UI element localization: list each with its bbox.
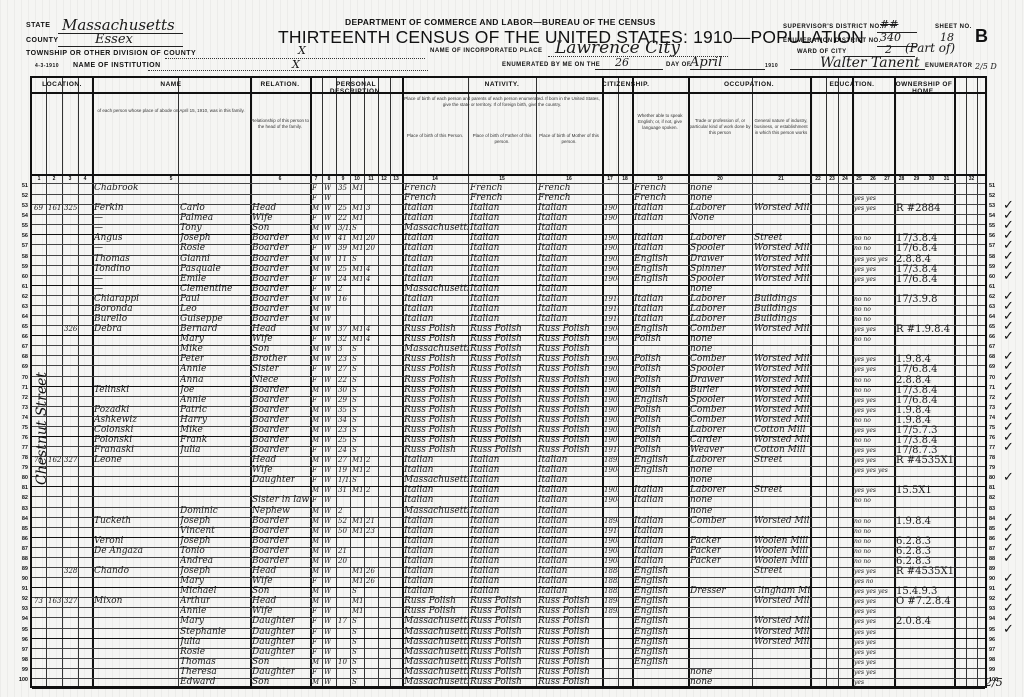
column-number: 5 bbox=[92, 176, 250, 182]
ward-note: (Part of) bbox=[905, 41, 955, 55]
line-number: 88 bbox=[989, 556, 1003, 562]
line-number: 67 bbox=[12, 344, 28, 350]
line-number: 87 bbox=[989, 546, 1003, 552]
table-row: DominicNephewMW2MassachusettsItalianItal… bbox=[32, 507, 989, 517]
column-number: 17 bbox=[602, 176, 618, 182]
line-number: 78 bbox=[989, 455, 1003, 461]
department-heading: DEPARTMENT OF COMMERCE AND LABOR—BUREAU … bbox=[345, 17, 656, 27]
cell-trade: none bbox=[690, 677, 712, 688]
column-group-ownership-of-home: OWNERSHIP OF HOME. bbox=[894, 81, 954, 95]
cell-yrs: 3 bbox=[366, 203, 370, 214]
cell-house: 328 bbox=[64, 566, 77, 577]
column-number: 2 bbox=[46, 176, 62, 182]
enumerator-name: Walter Tanent bbox=[820, 55, 920, 71]
column-group-occupation: OCCUPATION. bbox=[688, 81, 810, 88]
cell-industry: Worsted Mill bbox=[754, 637, 810, 648]
column-number: 11 bbox=[364, 176, 378, 182]
table-row: AndreaBoarderMW20ItalianItalianItalian19… bbox=[32, 557, 989, 567]
table-row: VeroniJosephBoarderMWItalianItalianItali… bbox=[32, 537, 989, 547]
cell-bpm: Russ Polish bbox=[538, 677, 590, 688]
column-note-industry: General nature of industry, business, or… bbox=[752, 118, 810, 136]
line-number: 63 bbox=[989, 304, 1003, 310]
line-number: 90 bbox=[989, 576, 1003, 582]
column-number: 9 bbox=[336, 176, 350, 182]
cell-yrs: 4 bbox=[366, 334, 370, 345]
cell-house: 327 bbox=[64, 455, 77, 466]
line-number: 92 bbox=[12, 596, 28, 602]
column-number: 32 bbox=[954, 176, 989, 182]
line-number: 61 bbox=[989, 284, 1003, 290]
column-number: 25 bbox=[852, 176, 866, 182]
column-number: 29 bbox=[909, 176, 924, 182]
line-number: 62 bbox=[989, 294, 1003, 300]
table-row: DaughterFW1/12SMassachusettsItalianItali… bbox=[32, 476, 989, 486]
line-number: 93 bbox=[989, 606, 1003, 612]
check-mark-icon: ✓ bbox=[1003, 329, 1014, 344]
line-number: 91 bbox=[989, 586, 1003, 592]
table-row: AngusJosephBoarderMW41M120ItalianItalian… bbox=[32, 234, 989, 244]
line-number: 53 bbox=[989, 203, 1003, 209]
column-group-name: NAME bbox=[92, 81, 250, 88]
cell-industry: Worsted Mill bbox=[754, 516, 810, 527]
line-number: 58 bbox=[12, 254, 28, 260]
cell-edu: yes yes bbox=[854, 274, 876, 285]
cell-bp: Massachusetts bbox=[404, 677, 468, 688]
township-label: Township or other division of county bbox=[26, 50, 196, 57]
table-row: —ClementineBoarderFW2MassachusettsItalia… bbox=[32, 285, 989, 295]
line-number: 100 bbox=[12, 677, 28, 683]
line-number: 86 bbox=[12, 536, 28, 542]
cell-industry: Worsted Mill bbox=[754, 274, 810, 285]
table-row: ChiarappiPaulBoarderMW16ItalianItalianIt… bbox=[32, 295, 989, 305]
cell-yrs: 4 bbox=[366, 274, 370, 285]
line-number: 75 bbox=[12, 425, 28, 431]
line-number: 52 bbox=[989, 193, 1003, 199]
sheet-label: Sheet No. bbox=[935, 24, 972, 30]
cell-industry: Worsted Mill bbox=[754, 324, 810, 335]
line-number: 76 bbox=[989, 435, 1003, 441]
cell-house: 327 bbox=[64, 596, 77, 607]
line-number: 69 bbox=[989, 364, 1003, 370]
cell-surname: Leone bbox=[94, 455, 122, 466]
line-number: 99 bbox=[12, 667, 28, 673]
incorporated-place-label: Name of incorporated place bbox=[430, 48, 543, 54]
line-number: 83 bbox=[989, 506, 1003, 512]
line-number: 58 bbox=[989, 254, 1003, 260]
cell-lang: Italian bbox=[634, 495, 663, 506]
column-note-birth-father: Place of birth of Father of this person. bbox=[468, 133, 536, 145]
cell-lang: Polish bbox=[634, 334, 661, 345]
county-label: County bbox=[26, 37, 59, 44]
line-number: 56 bbox=[12, 233, 28, 239]
cell-yrs: 26 bbox=[366, 576, 375, 587]
line-number: 96 bbox=[989, 637, 1003, 643]
column-group-personal-description: PERSONAL DESCRIPTION. bbox=[310, 81, 402, 95]
cell-imm: 1906 bbox=[604, 274, 618, 285]
column-number: 18 bbox=[618, 176, 632, 182]
line-number: 74 bbox=[989, 415, 1003, 421]
cell-yrs: 23 bbox=[366, 526, 375, 537]
line-number: 70 bbox=[989, 375, 1003, 381]
line-number: 89 bbox=[12, 566, 28, 572]
cell-trade: Comber bbox=[690, 516, 726, 527]
line-number: 97 bbox=[12, 647, 28, 653]
line-number: 56 bbox=[989, 233, 1003, 239]
line-number: 86 bbox=[989, 536, 1003, 542]
cell-imm: 1907 bbox=[604, 213, 618, 224]
cell-surname: Debra bbox=[94, 324, 122, 335]
table-row: TondinoPasqualeBoarderMW25M14ItalianItal… bbox=[32, 265, 989, 275]
check-mark-icon: ✓ bbox=[1003, 470, 1014, 485]
line-number: 60 bbox=[12, 274, 28, 280]
column-number: 23 bbox=[826, 176, 838, 182]
cell-own: 2.0.8.4 bbox=[896, 616, 931, 627]
line-number: 66 bbox=[12, 334, 28, 340]
line-number: 52 bbox=[12, 193, 28, 199]
table-row: MW31M12ItalianItalianItalian1902ItalianL… bbox=[32, 486, 989, 496]
cell-house: 326 bbox=[64, 324, 77, 335]
cell-own: O #7.2.8.4 bbox=[896, 596, 951, 607]
table-row: EdwardSonMWSMassachusettsRuss PolishRuss… bbox=[32, 678, 989, 688]
day-of-label: day of bbox=[666, 62, 691, 68]
cell-own: 15.5X1 bbox=[896, 485, 932, 496]
cell-age: 16 bbox=[338, 294, 347, 305]
sheet-side: B bbox=[975, 26, 988, 47]
county-value: Essex bbox=[95, 32, 133, 47]
cell-yrs: 2 bbox=[366, 465, 370, 476]
column-note-birth-mother: Place of birth of Mother of this person. bbox=[536, 133, 602, 145]
cell-marital: S bbox=[352, 677, 357, 688]
table-row: —RosieBoarderFW39M120ItalianItalianItali… bbox=[32, 244, 989, 254]
cell-own: 17/3.9.8 bbox=[896, 294, 938, 305]
table-row: VincentBoarderMW50M123ItalianItalianItal… bbox=[32, 527, 989, 537]
line-number: 69 bbox=[12, 364, 28, 370]
cell-industry: Street bbox=[754, 485, 782, 496]
line-number: 81 bbox=[989, 485, 1003, 491]
column-group-nativity: NATIVITY. bbox=[402, 81, 602, 88]
cell-own: R #2884 bbox=[896, 203, 941, 214]
line-number: 98 bbox=[12, 657, 28, 663]
column-number: 22 bbox=[810, 176, 826, 182]
line-number: 80 bbox=[12, 475, 28, 481]
column-group-citizenship: CITIZENSHIP. bbox=[602, 81, 632, 88]
line-number: 72 bbox=[12, 395, 28, 401]
line-number: 62 bbox=[12, 294, 28, 300]
column-note-name: of each person whose place of abode on A… bbox=[92, 108, 250, 114]
cell-family: 163 bbox=[48, 596, 61, 607]
enumerated-month: April bbox=[690, 55, 722, 70]
enumeration-district-label: Enumeration District No. bbox=[783, 38, 881, 44]
cell-lang: English bbox=[634, 274, 668, 285]
cell-own: 17/6.8.4 bbox=[896, 274, 938, 285]
line-number: 81 bbox=[12, 485, 28, 491]
column-note-relation: Relationship of this person to the head … bbox=[250, 118, 310, 130]
table-row: —TonySonMW3/12SMassachusettsItalianItali… bbox=[32, 224, 989, 234]
table-row: TuckethJosephBoarderMW52M121ItalianItali… bbox=[32, 517, 989, 527]
cell-lang: English bbox=[634, 465, 668, 476]
cell-industry: Worsted Mill bbox=[754, 203, 810, 214]
line-number: 95 bbox=[989, 627, 1003, 633]
line-number: 57 bbox=[12, 243, 28, 249]
line-number: 79 bbox=[989, 465, 1003, 471]
cell-own: 1.9.8.4 bbox=[896, 516, 931, 527]
cell-age: 20 bbox=[338, 556, 347, 567]
check-mark-icon: ✓ bbox=[1003, 622, 1014, 637]
cell-edu: yes yes yes bbox=[854, 465, 888, 476]
cell-given: Edward bbox=[180, 677, 215, 688]
line-number: 64 bbox=[12, 314, 28, 320]
table-row: 328ChandoJosephHeadMWM126ItalianItalianI… bbox=[32, 567, 989, 577]
column-number: 28 bbox=[894, 176, 909, 182]
column-number: 7 bbox=[310, 176, 322, 182]
line-number: 68 bbox=[12, 354, 28, 360]
check-mark-icon: ✓ bbox=[1003, 551, 1014, 566]
table-row: BorondaLeoBoarderMWItalianItalianItalian… bbox=[32, 305, 989, 315]
line-number: 94 bbox=[12, 616, 28, 622]
column-number: 8 bbox=[322, 176, 336, 182]
line-number: 70 bbox=[12, 375, 28, 381]
line-number: 51 bbox=[12, 183, 28, 189]
line-number: 89 bbox=[989, 566, 1003, 572]
table-row: FWFrenchFrenchFrenchFrenchnoneyes yes bbox=[32, 194, 989, 204]
table-row: ThomasGianniBoarderMW11SItalianItalianIt… bbox=[32, 255, 989, 265]
cell-family: 161 bbox=[48, 203, 61, 214]
cell-yrs: 20 bbox=[366, 243, 375, 254]
column-number: 21 bbox=[752, 176, 810, 182]
line-number: 59 bbox=[989, 264, 1003, 270]
table-row: 69161325FerkinCarloHeadMW25M13ItalianIta… bbox=[32, 204, 989, 214]
column-number: 13 bbox=[390, 176, 402, 182]
cell-given: Julia bbox=[180, 445, 201, 456]
column-note-birth-person: Place of birth of this Person. bbox=[402, 133, 468, 139]
enumerated-label: Enumerated by me on the bbox=[502, 62, 600, 68]
column-number: 6 bbox=[250, 176, 310, 182]
column-number: 27 bbox=[880, 176, 894, 182]
cell-trade: None bbox=[690, 213, 714, 224]
cell-age: 17 bbox=[338, 616, 347, 627]
cell-marital: M1 bbox=[352, 526, 364, 537]
column-group-relation: RELATION. bbox=[250, 81, 310, 88]
cell-marital: M1 bbox=[352, 183, 364, 194]
cell-lang: English bbox=[634, 657, 668, 668]
column-number: 19 bbox=[632, 176, 688, 182]
line-number: 85 bbox=[12, 526, 28, 532]
column-group-location: LOCATION. bbox=[32, 81, 92, 88]
enumerated-day: 26 bbox=[615, 56, 629, 69]
cell-age: 50 bbox=[338, 526, 347, 537]
line-number: 76 bbox=[12, 435, 28, 441]
line-number: 74 bbox=[12, 415, 28, 421]
cell-race: W bbox=[324, 677, 331, 688]
line-number: 82 bbox=[989, 495, 1003, 501]
line-number: 79 bbox=[12, 465, 28, 471]
line-number: 91 bbox=[12, 586, 28, 592]
census-table: LOCATION.NAMERELATION.PERSONAL DESCRIPTI… bbox=[30, 76, 987, 688]
line-number: 90 bbox=[12, 576, 28, 582]
cell-imm: 1906 bbox=[604, 334, 618, 345]
line-number: 65 bbox=[12, 324, 28, 330]
column-number: 20 bbox=[688, 176, 752, 182]
supervisor-label: Supervisor's District No. bbox=[783, 24, 882, 30]
line-number: 68 bbox=[989, 354, 1003, 360]
cell-own: R #4535X1 bbox=[896, 566, 954, 577]
line-number: 87 bbox=[12, 546, 28, 552]
column-number: 1 bbox=[32, 176, 46, 182]
cell-edu: yes yes bbox=[854, 203, 876, 214]
supervisor-value: ## bbox=[880, 18, 898, 31]
line-number: 93 bbox=[12, 606, 28, 612]
cell-surname: Tucketh bbox=[94, 516, 131, 527]
line-number: 78 bbox=[12, 455, 28, 461]
column-number: 14 bbox=[402, 176, 468, 182]
enumerator-note: 2/5 D bbox=[975, 62, 997, 71]
column-group-education: EDUCATION. bbox=[810, 81, 894, 88]
cell-imm: 1900 bbox=[604, 465, 618, 476]
column-number: 15 bbox=[468, 176, 536, 182]
cell-trade: Dresser bbox=[690, 586, 726, 597]
column-note-trade: Trade or profession of, or particular ki… bbox=[688, 118, 752, 136]
cell-yrs: 2 bbox=[366, 485, 370, 496]
cell-imm: 1904 bbox=[604, 495, 618, 506]
table-row: —EmileBoarderFW24M14ItalianItalianItalia… bbox=[32, 275, 989, 285]
cell-relation: Son bbox=[252, 677, 269, 688]
cell-sex: M bbox=[312, 677, 319, 688]
footer-note: 2/5 bbox=[985, 676, 1003, 689]
table-row: MaryWifeFWM126ItalianItalianItalian1885E… bbox=[32, 577, 989, 587]
cell-surname: Telinski bbox=[94, 385, 129, 396]
table-row: FranaskiJuliaBoarderFW24SRuss PolishRuss… bbox=[32, 446, 989, 456]
form-code: 4-3-1910 bbox=[35, 63, 59, 69]
column-number: 16 bbox=[536, 176, 602, 182]
line-number: 94 bbox=[989, 616, 1003, 622]
line-number: 60 bbox=[989, 274, 1003, 280]
line-number: 54 bbox=[989, 213, 1003, 219]
line-number: 57 bbox=[989, 243, 1003, 249]
column-number: 12 bbox=[378, 176, 390, 182]
table-row: ChabrookFW35M1FrenchFrenchFrenchFrenchno… bbox=[32, 184, 989, 194]
line-number: 96 bbox=[12, 637, 28, 643]
line-number: 85 bbox=[989, 526, 1003, 532]
year: 1910 bbox=[765, 63, 778, 69]
line-number: 83 bbox=[12, 506, 28, 512]
line-number: 99 bbox=[989, 667, 1003, 673]
column-number: 3 bbox=[62, 176, 78, 182]
cell-house: 325 bbox=[64, 203, 77, 214]
line-number: 82 bbox=[12, 495, 28, 501]
line-number: 64 bbox=[989, 314, 1003, 320]
column-number: 10 bbox=[350, 176, 364, 182]
line-number: 77 bbox=[989, 445, 1003, 451]
line-number: 84 bbox=[989, 516, 1003, 522]
line-number: 66 bbox=[989, 334, 1003, 340]
line-number: 73 bbox=[989, 405, 1003, 411]
cell-bpf: Russ Polish bbox=[470, 677, 522, 688]
line-number: 51 bbox=[989, 183, 1003, 189]
cell-own: R #1.9.8.4 bbox=[896, 324, 950, 335]
line-number: 71 bbox=[989, 385, 1003, 391]
line-number: 54 bbox=[12, 213, 28, 219]
cell-industry: Street bbox=[754, 566, 782, 577]
line-number: 95 bbox=[12, 627, 28, 633]
street-label: Chestnut Street bbox=[34, 372, 50, 485]
line-number: 55 bbox=[989, 223, 1003, 229]
cell-marital: M1 bbox=[352, 485, 364, 496]
incorporated-place-value: Lawrence City bbox=[555, 38, 680, 58]
row-divider bbox=[32, 688, 985, 689]
cell-edu: no no bbox=[854, 495, 871, 506]
line-number: 80 bbox=[989, 475, 1003, 481]
line-number: 75 bbox=[989, 425, 1003, 431]
cell-lang: Italian bbox=[634, 213, 663, 224]
table-row: 71162327LeoneHeadMW27M12ItalianItalianIt… bbox=[32, 456, 989, 466]
column-number: 30 bbox=[924, 176, 939, 182]
column-number: 31 bbox=[939, 176, 954, 182]
line-number: 67 bbox=[989, 344, 1003, 350]
state-label: State bbox=[26, 22, 50, 29]
cell-edu: yes bbox=[854, 677, 864, 688]
column-number: 24 bbox=[838, 176, 852, 182]
cell-relation: Daughter bbox=[252, 475, 295, 486]
line-number: 59 bbox=[12, 264, 28, 270]
cell-surname: Chabrook bbox=[94, 183, 138, 194]
cell-age: 35 bbox=[338, 183, 347, 194]
column-number: 26 bbox=[866, 176, 880, 182]
line-number: 92 bbox=[989, 596, 1003, 602]
cell-surname: Chando bbox=[94, 566, 129, 577]
table-row: Sister in lawFWItalianItalianItalian1904… bbox=[32, 496, 989, 506]
cell-marital: M1 bbox=[352, 274, 364, 285]
line-number: 84 bbox=[12, 516, 28, 522]
table-row: —PalmeaWifeFW22M1ItalianItalianItalian19… bbox=[32, 214, 989, 224]
cell-edu: no no bbox=[854, 334, 871, 345]
line-number: 97 bbox=[989, 647, 1003, 653]
cell-age: 10 bbox=[338, 657, 347, 668]
line-number: 72 bbox=[989, 395, 1003, 401]
line-number: 63 bbox=[12, 304, 28, 310]
header-divider bbox=[32, 92, 985, 94]
cell-age: 31 bbox=[338, 485, 347, 496]
line-number: 61 bbox=[12, 284, 28, 290]
line-number: 98 bbox=[989, 657, 1003, 663]
check-mark-icon: ✓ bbox=[1003, 269, 1014, 284]
line-number: 55 bbox=[12, 223, 28, 229]
line-number: 65 bbox=[989, 324, 1003, 330]
cell-surname: De Angaza bbox=[94, 546, 143, 557]
census-sheet: State Massachusetts County Essex Townshi… bbox=[0, 0, 1024, 697]
line-number: 88 bbox=[12, 556, 28, 562]
institution-label: Name of institution bbox=[73, 62, 161, 69]
cell-imm: 1893 bbox=[604, 606, 618, 617]
table-row: De AngazaTonioBoarderMW21ItalianItalianI… bbox=[32, 547, 989, 557]
cell-industry: Street bbox=[754, 455, 782, 466]
column-note-language: Whether able to speak English; or, if no… bbox=[632, 113, 688, 131]
cell-dwelling: 69 bbox=[34, 203, 43, 214]
line-number: 53 bbox=[12, 203, 28, 209]
cell-dwelling: 73 bbox=[34, 596, 43, 607]
enumerator-label: Enumerator bbox=[925, 63, 972, 69]
column-note-nativity: Place of birth of each person and parent… bbox=[402, 96, 602, 108]
institution-value: X bbox=[292, 58, 300, 71]
line-number: 73 bbox=[12, 405, 28, 411]
column-number: 4 bbox=[78, 176, 92, 182]
check-mark-icon: ✓ bbox=[1003, 440, 1014, 455]
cell-own: R #4535X1 bbox=[896, 455, 954, 466]
line-number: 77 bbox=[12, 445, 28, 451]
cell-surname: Mixon bbox=[94, 596, 122, 607]
cell-trade: Packer bbox=[690, 556, 721, 567]
line-number: 71 bbox=[12, 385, 28, 391]
cell-industry: Worsted Mill bbox=[754, 596, 810, 607]
